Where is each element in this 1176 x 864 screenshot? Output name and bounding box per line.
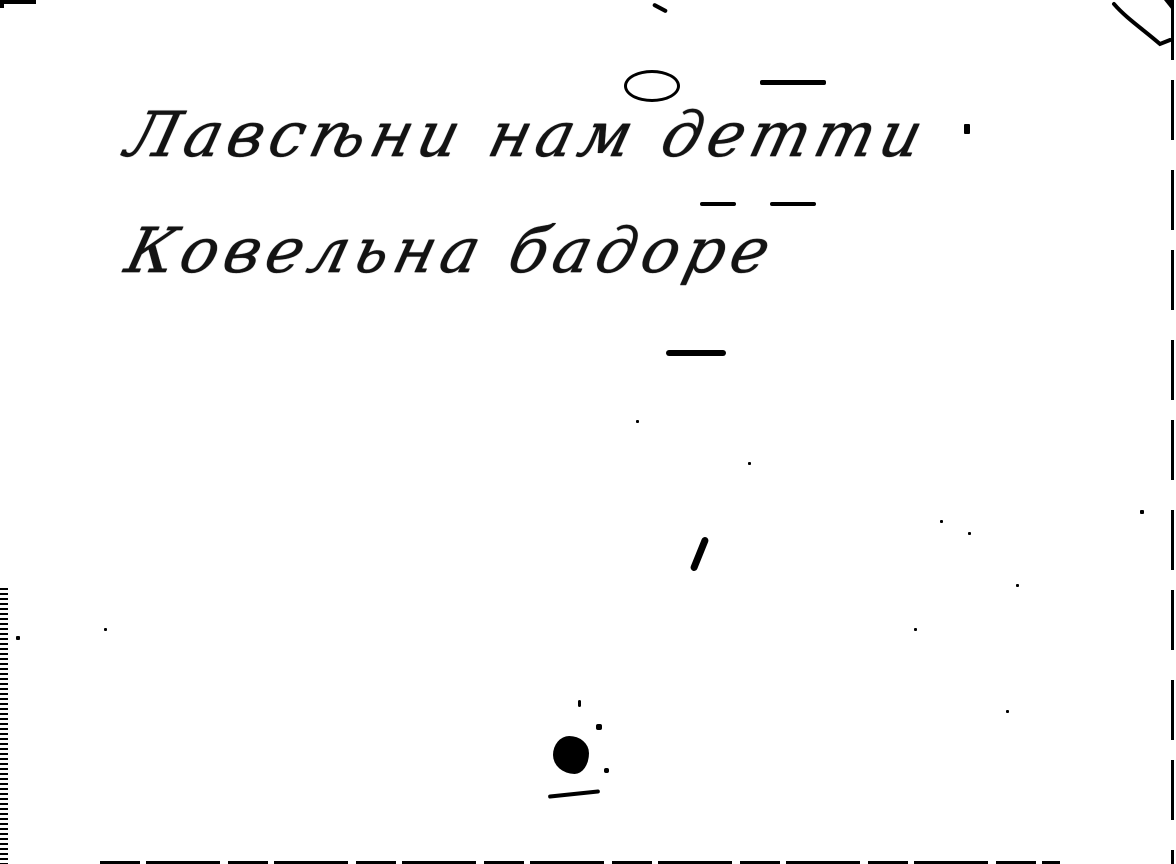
document-scan: Лавсѣни нам детти Ковельна бадоре — [0, 0, 1176, 864]
ink-blot — [553, 736, 589, 774]
ink-smear — [548, 789, 600, 798]
scan-corner-shadow — [0, 0, 4, 8]
corner-fold-mark — [1092, 0, 1172, 50]
scanner-edge-stripes — [0, 588, 8, 864]
separator-dash — [666, 350, 726, 356]
dust-speck — [748, 462, 751, 465]
ink-speck — [604, 768, 609, 773]
titlo-overline — [770, 202, 816, 206]
dust-speck — [636, 420, 639, 423]
dust-speck — [1006, 710, 1009, 713]
dust-speck — [968, 532, 971, 535]
stray-pen-stroke — [690, 536, 710, 572]
ink-speck — [596, 724, 602, 730]
dust-speck — [914, 628, 917, 631]
titlo-overline — [700, 202, 736, 206]
dust-speck — [16, 636, 20, 640]
handwritten-line-1: Лавсѣни нам детти — [119, 98, 936, 171]
ink-tick-mark — [652, 2, 668, 13]
dust-speck — [1016, 584, 1019, 587]
punctuation-mark — [964, 124, 970, 134]
dust-speck — [940, 520, 943, 523]
handwritten-line-2: Ковельна бадоре — [119, 214, 784, 287]
dust-speck — [1140, 510, 1144, 514]
titlo-overline — [760, 80, 826, 85]
card-right-edge — [1171, 0, 1174, 864]
ink-speck — [578, 700, 581, 707]
dust-speck — [104, 628, 107, 631]
scan-corner-shadow — [0, 0, 36, 4]
